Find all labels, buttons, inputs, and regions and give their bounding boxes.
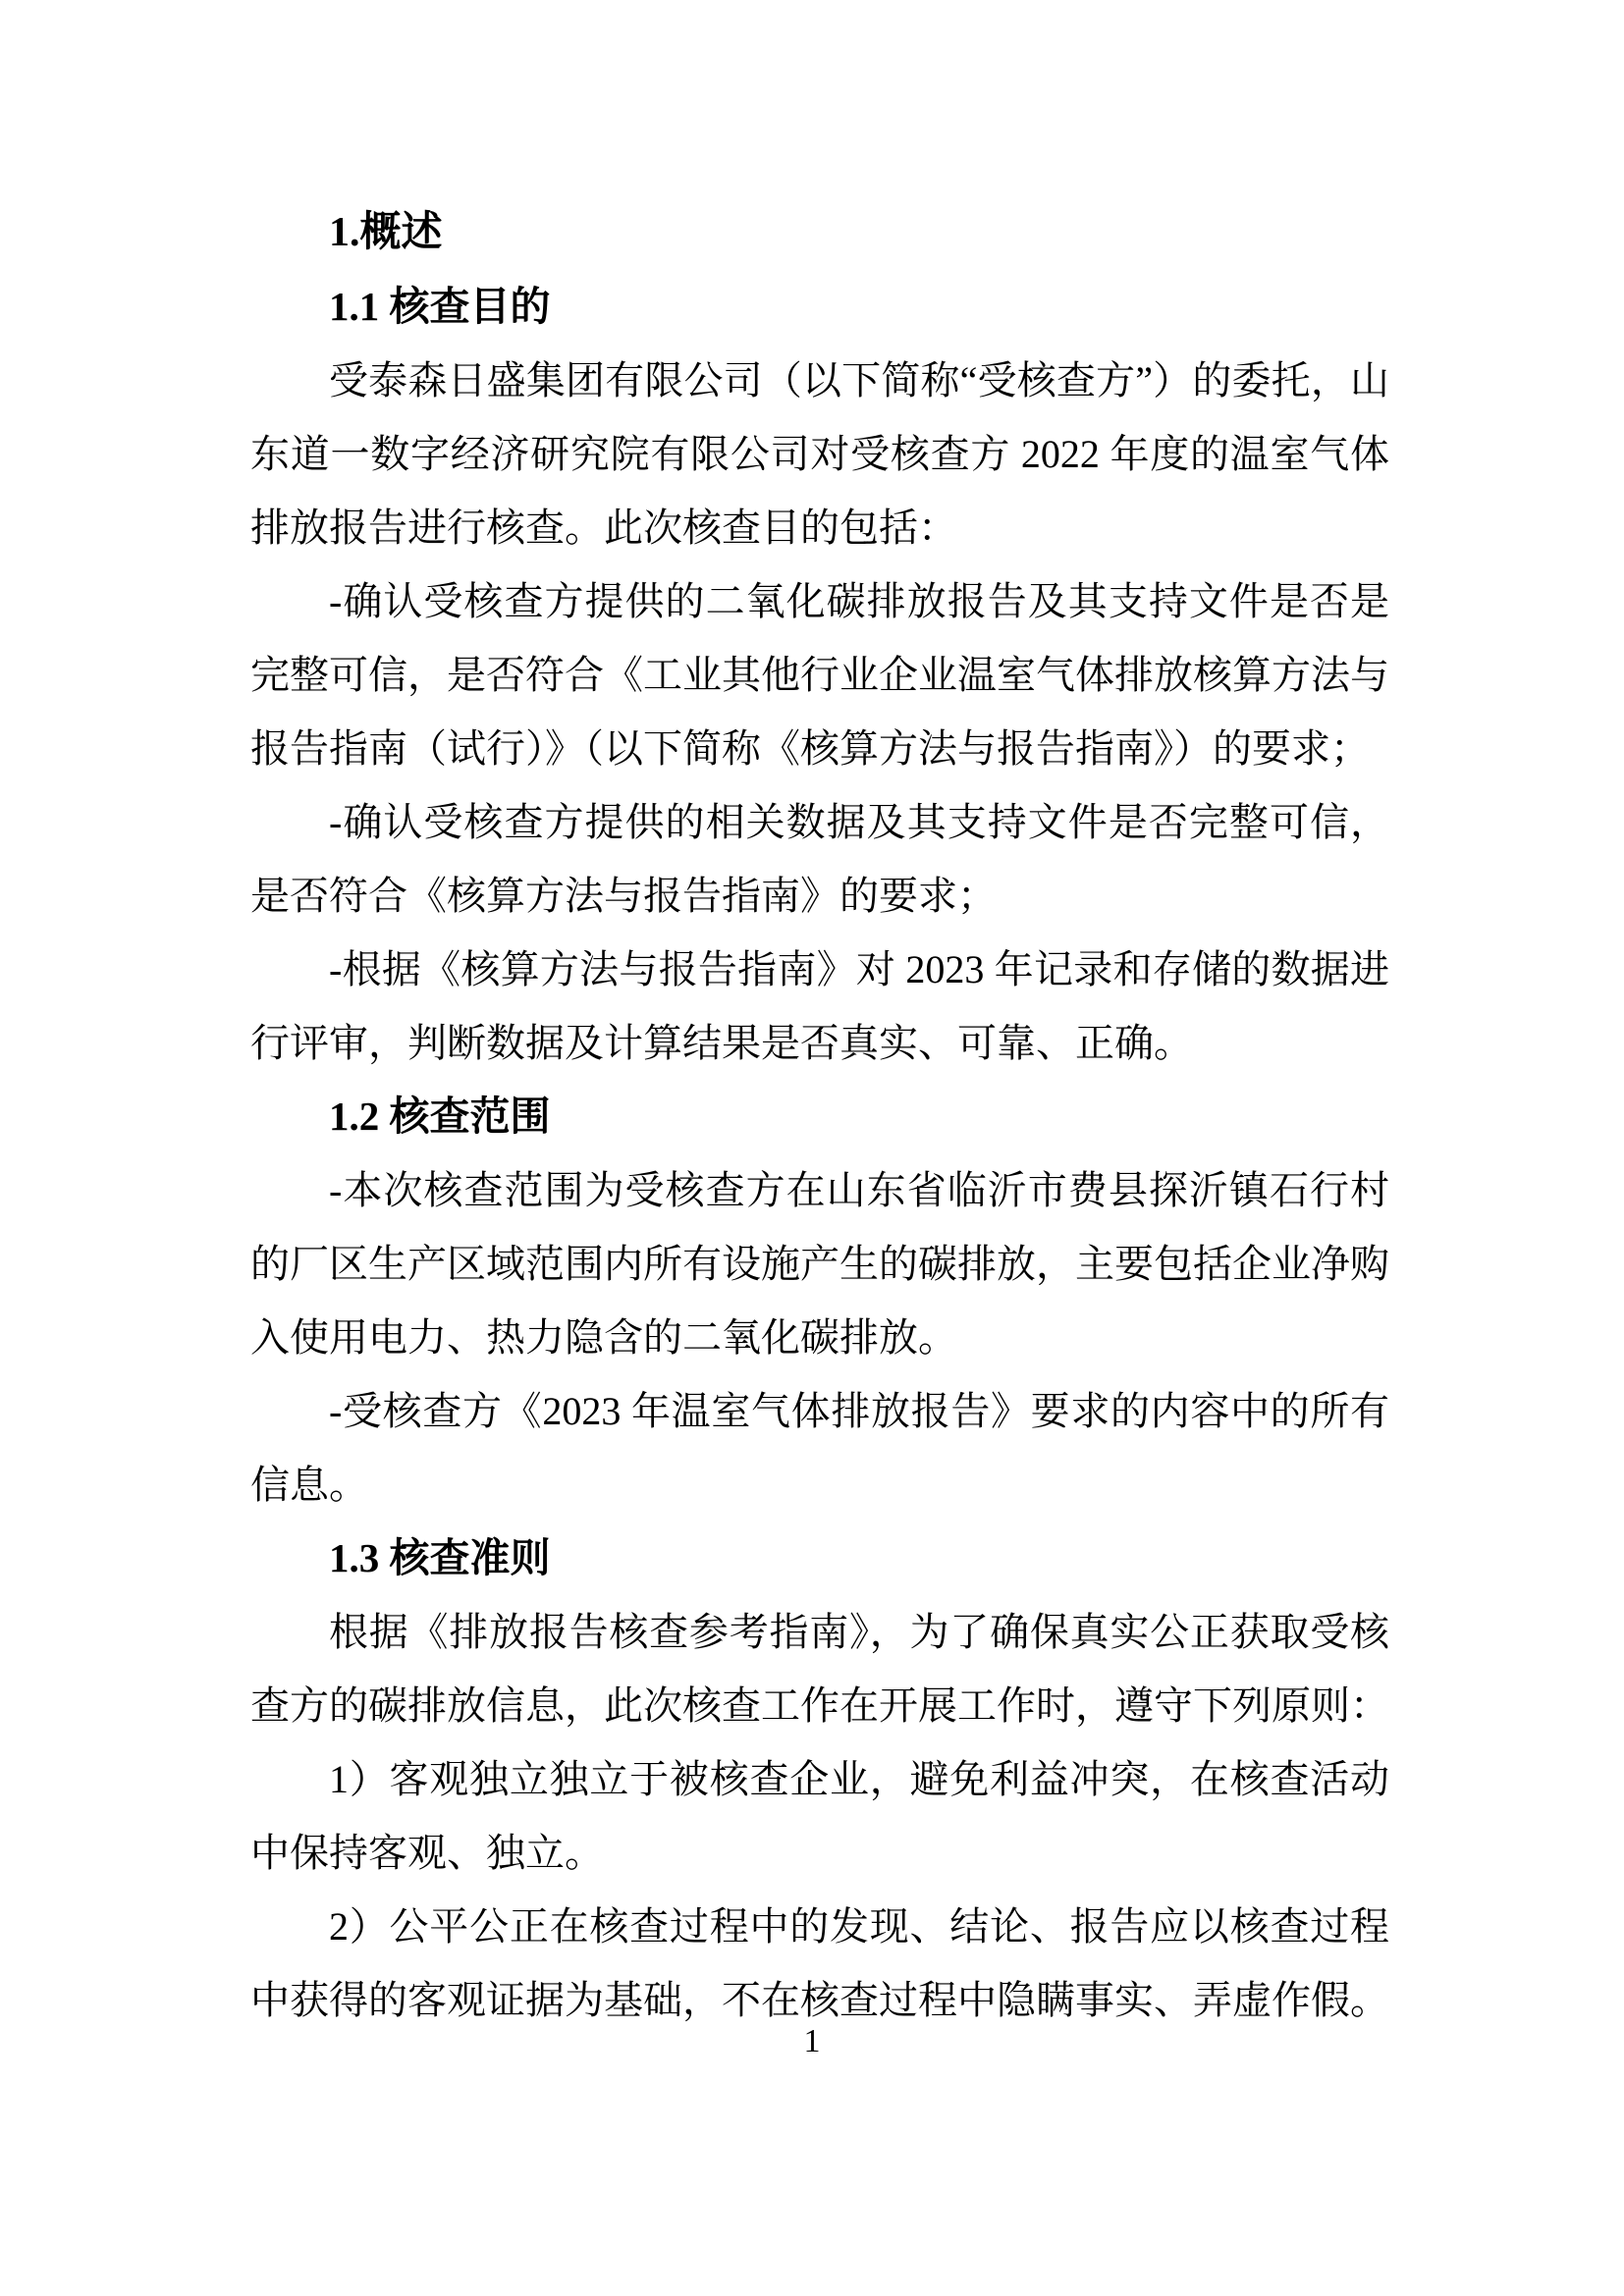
paragraph-bullet-scope-site: -本次核查范围为受核查方在山东省临沂市费县探沂镇石行村的厂区生产区域范围内所有设… bbox=[250, 1153, 1389, 1374]
paragraph-principle-2-fairness: 2）公平公正在核查过程中的发现、结论、报告应以核查过程中获得的客观证据为基础，不… bbox=[250, 1890, 1389, 2037]
paragraph-criteria-basis: 根据《排放报告核查参考指南》，为了确保真实公正获取受核查方的碳排放信息，此次核查… bbox=[250, 1595, 1389, 1742]
section-title-overview: 1.概述 bbox=[250, 196, 1389, 270]
paragraph-principle-1-objectivity: 1）客观独立独立于被核查企业，避免利益冲突，在核查活动中保持客观、独立。 bbox=[250, 1742, 1389, 1890]
paragraph-bullet-report-completeness: -确认受核查方提供的二氧化碳排放报告及其支持文件是否是完整可信，是否符合《工业其… bbox=[250, 564, 1389, 785]
paragraph-commission-intro: 受泰森日盛集团有限公司（以下简称“受核查方”）的委托，山东道一数字经济研究院有限… bbox=[250, 344, 1389, 564]
paragraph-bullet-scope-report-info: -受核查方《2023 年温室气体排放报告》要求的内容中的所有信息。 bbox=[250, 1374, 1389, 1522]
subsection-title-verification-criteria: 1.3 核查准则 bbox=[250, 1522, 1389, 1595]
subsection-title-verification-scope: 1.2 核查范围 bbox=[250, 1080, 1389, 1153]
document-content: 1.概述 1.1 核查目的 受泰森日盛集团有限公司（以下简称“受核查方”）的委托… bbox=[250, 196, 1389, 2037]
page: 1.概述 1.1 核查目的 受泰森日盛集团有限公司（以下简称“受核查方”）的委托… bbox=[0, 0, 1624, 2296]
paragraph-bullet-data-completeness: -确认受核查方提供的相关数据及其支持文件是否完整可信，是否符合《核算方法与报告指… bbox=[250, 785, 1389, 933]
page-number: 1 bbox=[0, 2020, 1624, 2063]
subsection-title-verification-purpose: 1.1 核查目的 bbox=[250, 270, 1389, 344]
paragraph-bullet-data-review: -根据《核算方法与报告指南》对 2023 年记录和存储的数据进行评审，判断数据及… bbox=[250, 933, 1389, 1080]
